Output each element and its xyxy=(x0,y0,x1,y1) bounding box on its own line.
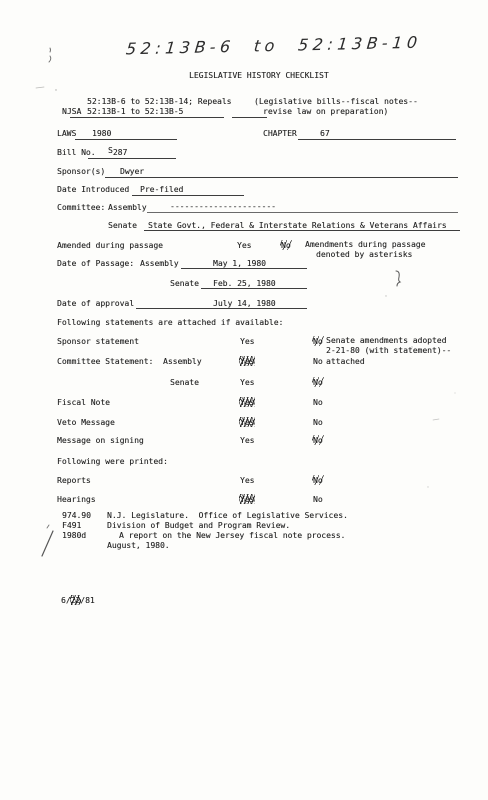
side-note-line2: 2-21-80 (with statement)-- xyxy=(326,346,451,355)
committee-label: Committee: xyxy=(57,203,105,212)
njsa-underline xyxy=(70,117,224,118)
side-note-line1: Senate amendments adopted xyxy=(326,336,446,345)
scanned-document-page: 52:13B-6 to 52:13B-10 LEGISLATIVE HISTOR… xyxy=(0,0,488,800)
amended-no: No xyxy=(281,241,291,250)
row-sponsor-statement-yes: Yes xyxy=(240,337,254,346)
citation-call-number-2: F491 xyxy=(62,521,81,530)
footer-date-overstruck: 22 xyxy=(71,596,81,605)
njsa-citation-line1: 52:13B-6 to 52:13B-14; Repeals xyxy=(87,97,232,106)
printed-heading: Following were printed: xyxy=(57,457,168,466)
chapter-label: CHAPTER xyxy=(263,129,297,138)
row-message-on-signing-yes: Yes xyxy=(240,436,254,445)
committee-assembly-label: Assembly xyxy=(108,203,147,212)
date-introduced-value: Pre-filed xyxy=(140,185,183,194)
row-fiscal-note-no: No xyxy=(313,398,323,407)
row-hearings-label: Hearings xyxy=(57,495,96,504)
bill-number-house-letter: S xyxy=(108,146,113,155)
committee-senate-underline xyxy=(144,230,460,231)
date-introduced-label: Date Introduced xyxy=(57,185,129,194)
row-veto-message-label: Veto Message xyxy=(57,418,115,427)
njsa-citation-line2: 52:13B-1 to 52:13B-5 xyxy=(87,107,183,116)
side-note-line3: attached xyxy=(326,357,365,366)
footer-date: 6/22/81 xyxy=(61,596,95,605)
row-hearings-yes: Yes xyxy=(240,495,254,504)
row-hearings-no: No xyxy=(313,495,323,504)
row-committee-statement-label: Committee Statement: xyxy=(57,357,153,366)
date-introduced-underline xyxy=(132,195,244,196)
amended-label: Amended during passage xyxy=(57,241,163,250)
approval-label: Date of approval xyxy=(57,299,134,308)
citation-line1: N.J. Legislature. Office of Legislative … xyxy=(107,511,348,520)
row-message-on-signing-no: No xyxy=(313,436,323,445)
row-reports-no: No xyxy=(313,476,323,485)
row-committee-senate-sub: Senate xyxy=(170,378,199,387)
row-veto-message-yes: Yes xyxy=(240,418,254,427)
citation-line3: A report on the New Jersey fiscal note p… xyxy=(119,531,345,540)
amended-yes: Yes xyxy=(237,241,251,250)
bill-number-digits: 287 xyxy=(113,148,127,157)
row-committee-assembly-sub: Assembly xyxy=(163,357,202,366)
row-reports-label: Reports xyxy=(57,476,91,485)
row-committee-senate-yes: Yes xyxy=(240,378,254,387)
row-message-on-signing-label: Message on signing xyxy=(57,436,144,445)
committee-assembly-value: ---------------------- xyxy=(170,202,276,211)
passage-senate-underline xyxy=(201,288,307,289)
row-committee-senate-no: No xyxy=(313,378,323,387)
footer-date-suffix: /81 xyxy=(80,596,94,605)
passage-senate-label: Senate xyxy=(170,279,199,288)
row-fiscal-note-label: Fiscal Note xyxy=(57,398,110,407)
njsa-label: NJSA xyxy=(62,107,81,116)
row-sponsor-statement-label: Sponsor statement xyxy=(57,337,139,346)
sponsors-label: Sponsor(s) xyxy=(57,167,105,176)
committee-senate-label: Senate xyxy=(108,221,137,230)
amended-note-line2: denoted by asterisks xyxy=(316,250,412,259)
sponsors-underline xyxy=(105,177,458,178)
bill-number-label: Bill No. xyxy=(57,148,96,157)
sponsors-value: Dwyer xyxy=(120,167,144,176)
citation-call-number-1: 974.90 xyxy=(62,511,91,520)
passage-label: Date of Passage: xyxy=(57,259,134,268)
passage-assembly-label: Assembly xyxy=(140,259,179,268)
row-veto-message-no: No xyxy=(313,418,323,427)
bill-number-value: S287 xyxy=(108,148,127,157)
laws-label: LAWS xyxy=(57,129,76,138)
citation-line2: Division of Budget and Program Review. xyxy=(107,521,290,530)
passage-senate-value: Feb. 25, 1980 xyxy=(213,279,276,288)
njsa-underline-2 xyxy=(232,117,267,118)
statements-heading: Following statements are attached if ava… xyxy=(57,318,283,327)
chapter-underline xyxy=(298,139,456,140)
approval-value: July 14, 1980 xyxy=(213,299,276,308)
handwritten-statute-range: 52:13B-6 to 52:13B-10 xyxy=(125,33,422,59)
njsa-subject-note-line2: revise law on preparation) xyxy=(263,107,388,116)
laws-value: 1980 xyxy=(92,129,111,138)
committee-senate-value: State Govt., Federal & Interstate Relati… xyxy=(148,221,447,230)
bill-number-underline xyxy=(88,158,176,159)
citation-call-number-3: 1980d xyxy=(62,531,86,540)
chapter-value: 67 xyxy=(320,129,330,138)
passage-assembly-value: May 1, 1980 xyxy=(213,259,266,268)
amended-note-line1: Amendments during passage xyxy=(305,240,425,249)
citation-line4: August, 1980. xyxy=(107,541,170,550)
njsa-subject-note-line1: (Legislative bills--fiscal notes-- xyxy=(254,97,418,106)
row-fiscal-note-yes: Yes xyxy=(240,398,254,407)
laws-underline xyxy=(75,139,177,140)
row-committee-assembly-yes: Yes xyxy=(240,357,254,366)
row-reports-yes: Yes xyxy=(240,476,254,485)
row-sponsor-statement-no: No xyxy=(313,337,323,346)
approval-underline xyxy=(136,308,307,309)
passage-assembly-underline xyxy=(181,268,307,269)
row-committee-assembly-no: No xyxy=(313,357,323,366)
page-title: LEGISLATIVE HISTORY CHECKLIST xyxy=(189,71,329,80)
committee-assembly-underline xyxy=(147,212,458,213)
